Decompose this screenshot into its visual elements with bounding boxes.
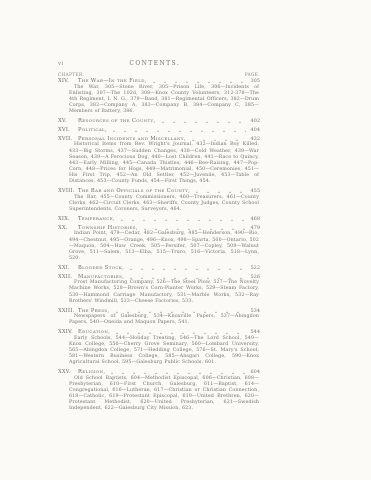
toc-entry: XIX. Temperance, 468 (58, 216, 260, 222)
chapter-number: XIX. (58, 216, 78, 222)
chapter-number: XXIV. (58, 329, 78, 335)
chapter-detail: Indian Point, 479—Cedar, 482—Galesburg, … (69, 231, 259, 261)
toc-entry: XVIII. The Bar and Officials of the Coun… (58, 188, 260, 213)
chapter-detail: The Bar, 455—County Commissioners, 460—T… (69, 195, 259, 213)
chapter-number: XVI. (58, 127, 78, 133)
chapter-number: XVIII. (58, 188, 78, 194)
toc-entry: XVII. Personal Incidents and Miscellany,… (58, 136, 260, 185)
chapter-title: The War—In the Field, (78, 78, 147, 84)
contents-page: vi CONTENTS. CHAPTER. PAGE. XIV. The War… (58, 60, 260, 415)
chapter-page: 468 (249, 216, 260, 222)
chapter-line: XIV. The War—In the Field, 305 (58, 78, 260, 84)
chapter-title: Resources of the County, (78, 118, 156, 124)
chapter-title: The Press, (78, 308, 110, 314)
chapter-title: The Bar and Officials of the County, (78, 188, 190, 194)
chapter-column-label: CHAPTER. (58, 72, 84, 77)
chapter-line: XV. Resources of the County, 402 (58, 118, 260, 124)
dot-leader (193, 189, 246, 194)
dot-leader (159, 119, 246, 124)
dot-leader (150, 79, 246, 84)
dot-leader (118, 217, 246, 222)
chapter-line: XIX. Temperance, 468 (58, 216, 260, 222)
chapter-page: 526 (249, 274, 260, 280)
chapter-page: 402 (249, 118, 260, 124)
page-header: vi CONTENTS. (58, 60, 260, 67)
chapter-page: 305 (249, 78, 260, 84)
chapter-number: XXV. (58, 369, 78, 375)
chapter-page: 479 (249, 225, 260, 231)
toc-entry: XX. Township Histories, 479 Indian Point… (58, 225, 260, 262)
toc-entry: XIV. The War—In the Field, 305 The War, … (58, 78, 260, 115)
chapter-line: XXIII. The Press, 534 (58, 308, 260, 314)
dot-leader (108, 370, 246, 375)
column-labels: CHAPTER. PAGE. (58, 72, 260, 77)
dot-leader (127, 266, 246, 271)
scanned-document-background: { "page": { "folio": "vi", "title": "CON… (0, 0, 371, 480)
page-column-label: PAGE. (245, 72, 260, 77)
page-title: CONTENTS. (63, 60, 246, 67)
chapter-number: XXI. (58, 265, 78, 271)
toc-entry: XXIV. Education, 544 Early Schools, 544—… (58, 329, 260, 366)
chapter-detail: Newspapers of Galesburg, 534—Knoxville P… (69, 314, 259, 326)
toc-entry: XVI. Political, 404 (58, 127, 260, 133)
chapter-page: 544 (249, 329, 260, 335)
chapter-line: XVIII. The Bar and Officials of the Coun… (58, 188, 260, 194)
chapter-number: XV. (58, 118, 78, 124)
chapter-title: Education, (78, 329, 110, 335)
chapter-page: 455 (249, 188, 260, 194)
chapter-line: XXII. Manufactories, 526 (58, 274, 260, 280)
chapter-page: 404 (249, 127, 260, 133)
chapter-title: Religion, (78, 369, 105, 375)
toc-entry: XXII. Manufactories, 526 Frost Manufactu… (58, 274, 260, 305)
dot-leader (113, 330, 246, 335)
chapter-title: Township Histories, (78, 225, 138, 231)
chapter-detail: The War, 305—Stone River, 305—Prison Lif… (69, 85, 259, 115)
toc-entry: XXV. Religion, 604 Old School Baptists, … (58, 369, 260, 412)
chapter-line: XX. Township Histories, 479 (58, 225, 260, 231)
chapter-detail: Old School Baptists, 604—Methodist Episc… (69, 376, 259, 413)
chapter-number: XXIII. (58, 308, 78, 314)
chapter-detail: Historical Items from Rev. Wright's Jour… (69, 142, 259, 185)
dot-leader (113, 309, 247, 314)
chapter-number: XX. (58, 225, 78, 231)
chapter-title: Manufactories, (78, 274, 124, 280)
chapter-line: XXIV. Education, 544 (58, 329, 260, 335)
chapter-title: Temperance, (78, 216, 115, 222)
chapter-title: Political, (78, 127, 107, 133)
chapter-line: XVI. Political, 404 (58, 127, 260, 133)
chapter-page: 522 (249, 265, 260, 271)
chapter-number: XXII. (58, 274, 78, 280)
chapter-line: XXI. Blooded Stock, 522 (58, 265, 260, 271)
toc-entry: XXI. Blooded Stock, 522 (58, 265, 260, 271)
chapter-number: XIV. (58, 78, 78, 84)
toc-entry: XXIII. The Press, 534 Newspapers of Gale… (58, 308, 260, 327)
chapter-page: 534 (249, 308, 260, 314)
chapter-page: 604 (249, 369, 260, 375)
chapter-title: Blooded Stock, (78, 265, 124, 271)
toc-entry: XV. Resources of the County, 402 (58, 118, 260, 124)
chapter-line: XXV. Religion, 604 (58, 369, 260, 375)
chapter-detail: Frost Manufacturing Company, 526—The Ste… (69, 280, 259, 304)
dot-leader (110, 128, 246, 133)
chapter-detail: Early Schools, 544—Holiday Treating, 546… (69, 336, 259, 366)
